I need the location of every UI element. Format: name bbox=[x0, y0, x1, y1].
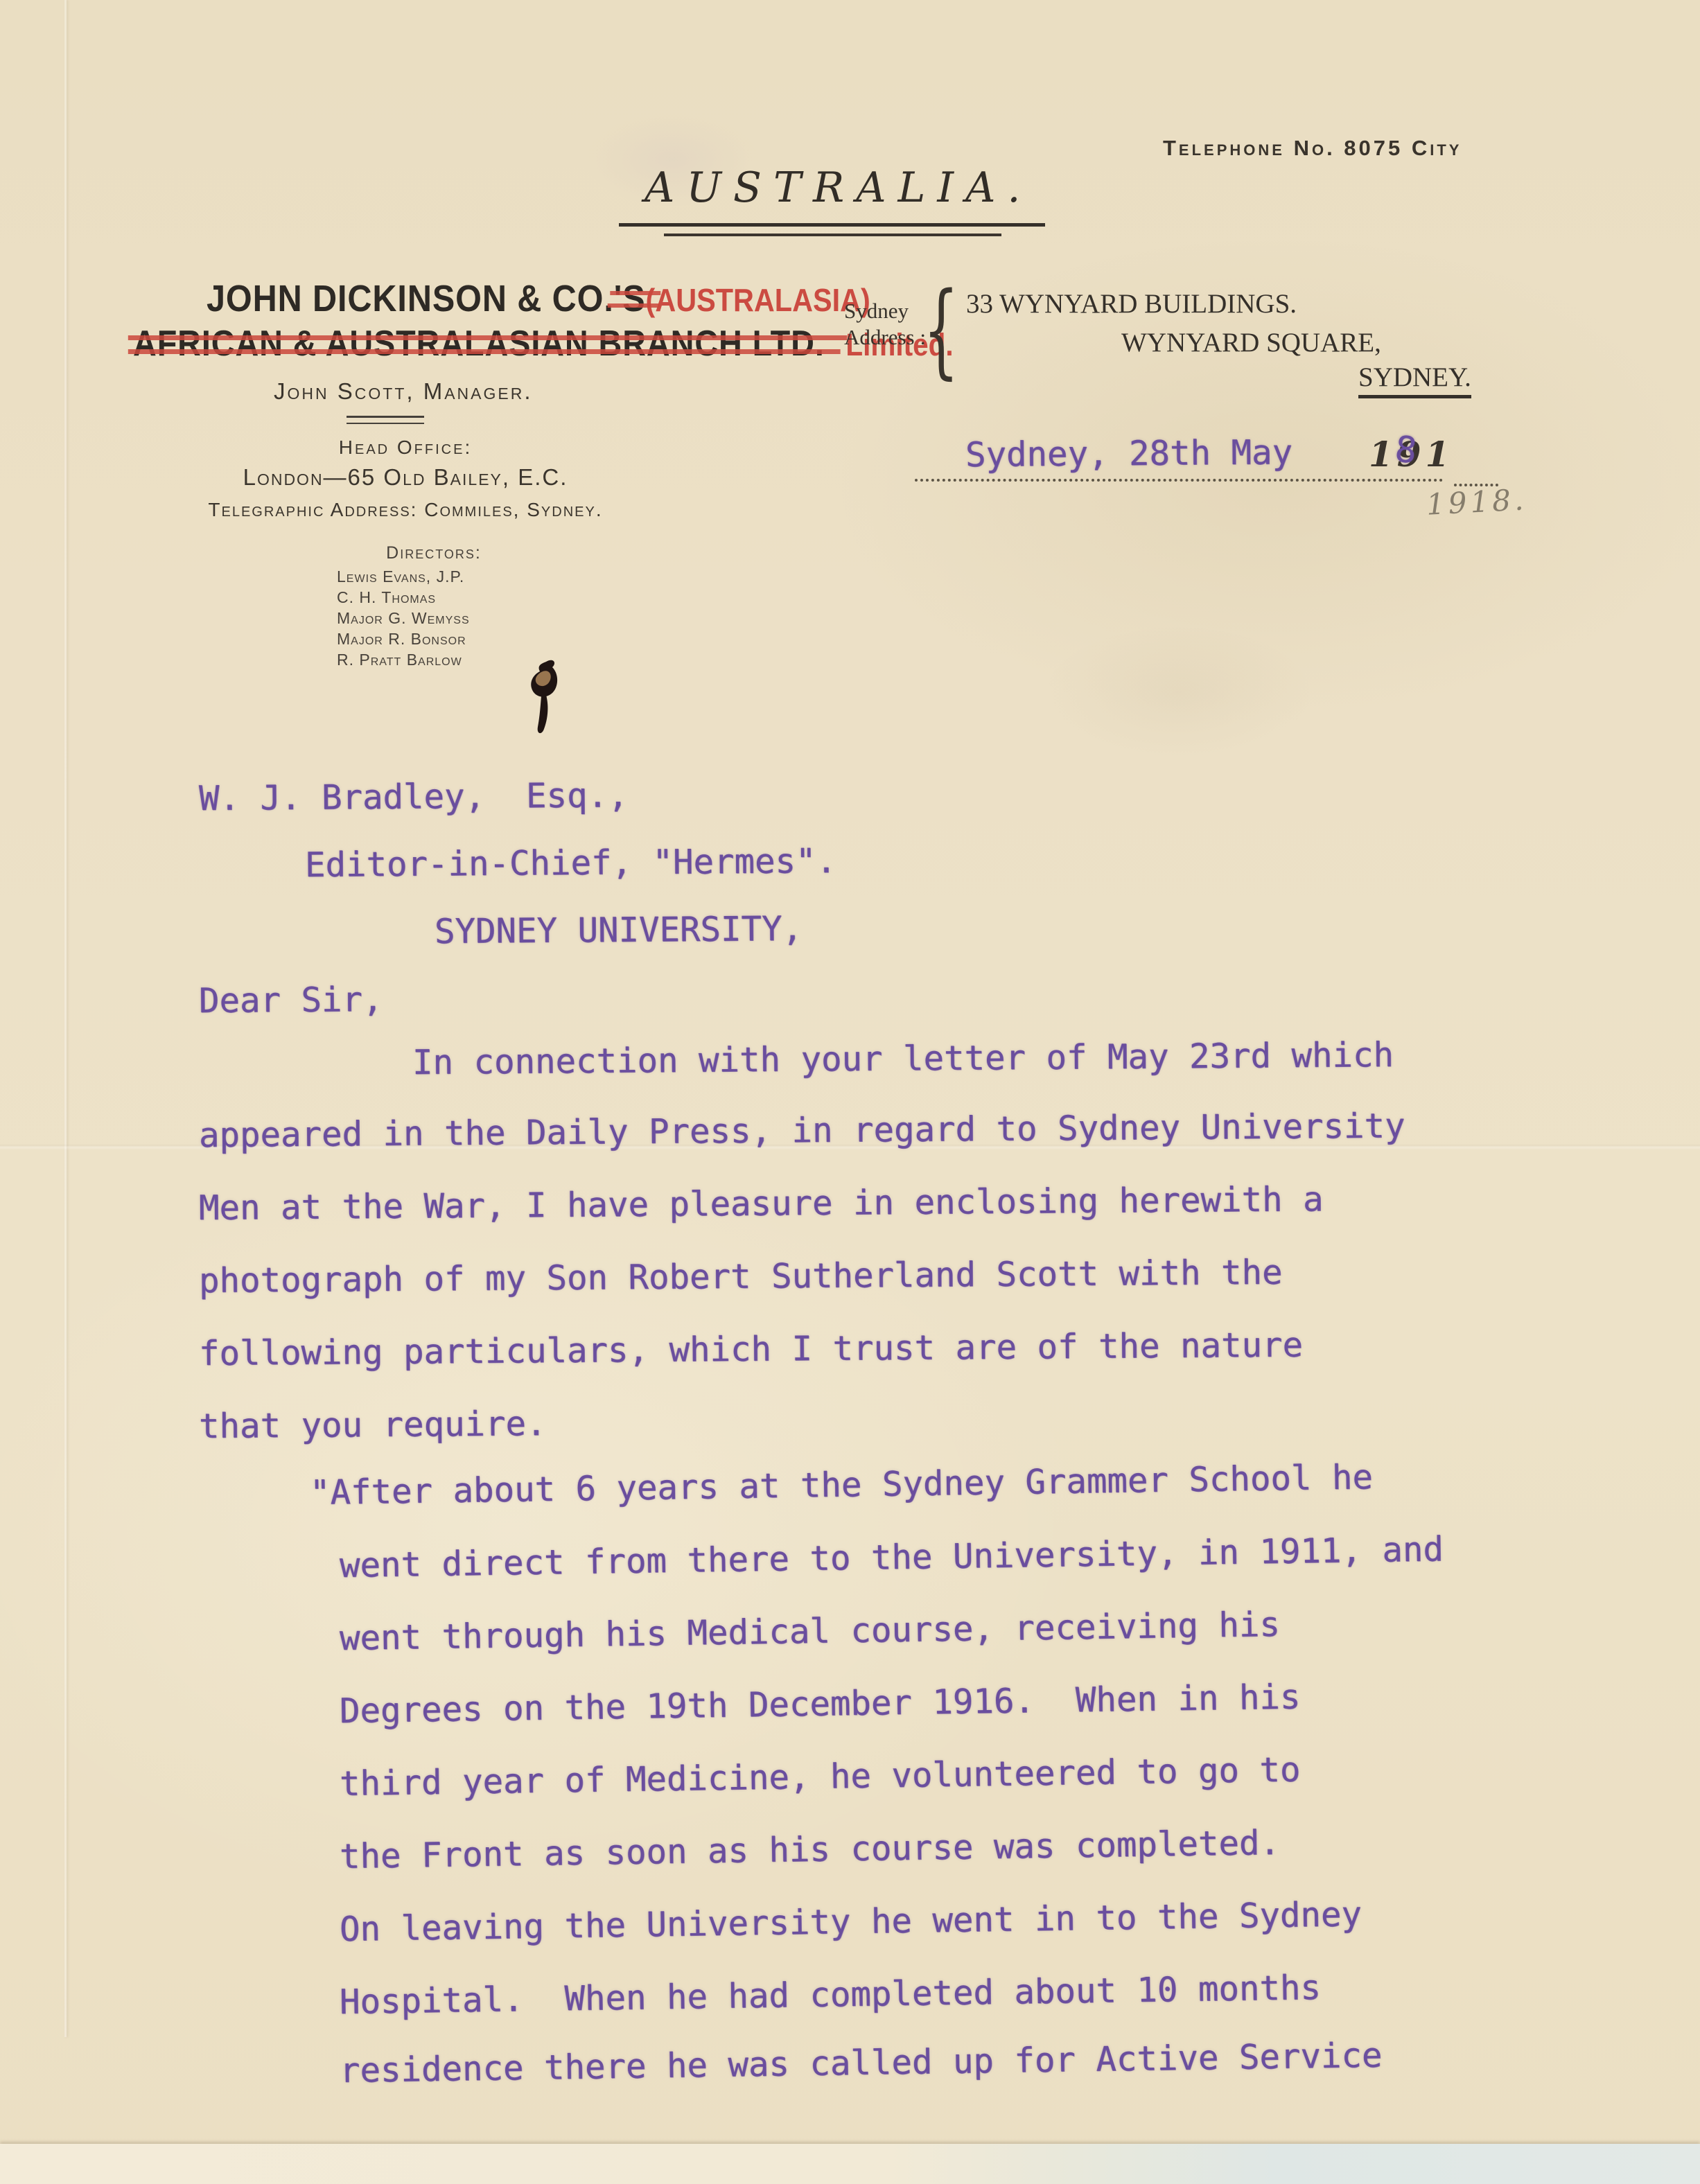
manager-rule bbox=[347, 416, 424, 424]
salutation: Dear Sir, bbox=[199, 980, 383, 1021]
pencil-year-note: 1918. bbox=[1426, 482, 1528, 522]
address-line-2: WYNYARD SQUARE, bbox=[1121, 327, 1381, 358]
quote-line: third year of Medicine, he volunteered t… bbox=[340, 1750, 1301, 1804]
quote-line: Degrees on the 19th December 1916. When … bbox=[340, 1677, 1301, 1731]
paper-stain bbox=[1040, 624, 1317, 762]
typed-date: Sydney, 28th May bbox=[965, 432, 1292, 475]
telegraphic-address: Telegraphic Address: Commiles, Sydney. bbox=[163, 499, 648, 521]
date-dotted-rule-end bbox=[1454, 452, 1498, 486]
directors-label: Directors: bbox=[337, 543, 531, 563]
branch-name-line: AFRICAN & AUSTRALASIAN BRANCH LTD.Limite… bbox=[133, 323, 954, 364]
address-brace: { bbox=[923, 279, 959, 381]
quote-line: Hospital. When he had completed about 10… bbox=[340, 1968, 1322, 2022]
sydney-address-label-line2: Address : bbox=[844, 324, 926, 351]
directors-block: Directors: Lewis Evans, J.P. C. H. Thoma… bbox=[337, 543, 579, 670]
company-name: JOHN DICKINSON & CO. bbox=[207, 278, 614, 319]
branch-name-struck: AFRICAN & AUSTRALASIAN BRANCH LTD. bbox=[133, 323, 825, 364]
body-line: that you require. bbox=[199, 1404, 547, 1446]
telephone-number: Telephone No. 8075 City bbox=[1163, 136, 1462, 161]
quote-line: went direct from there to the University… bbox=[340, 1529, 1444, 1585]
ink-blot-mark bbox=[518, 657, 568, 739]
scanned-letter-page: Telephone No. 8075 City AUSTRALIA. JOHN … bbox=[0, 0, 1700, 2184]
quote-line: residence there he was called up for Act… bbox=[340, 2036, 1383, 2090]
body-line: Men at the War, I have pleasure in enclo… bbox=[199, 1179, 1324, 1228]
body-line: In connection with your letter of May 23… bbox=[412, 1035, 1394, 1082]
country-heading: AUSTRALIA. bbox=[645, 164, 1032, 212]
quote-line: "After about 6 years at the Sydney Gramm… bbox=[310, 1457, 1374, 1513]
quote-line: the Front as soon as his course was comp… bbox=[340, 1823, 1281, 1876]
address-line-3: SYDNEY. bbox=[1358, 362, 1471, 398]
company-name-struck-suffix: 'S bbox=[614, 277, 646, 320]
director-name: Major R. Bonsor bbox=[337, 628, 579, 649]
director-name: Major G. Wemyss bbox=[337, 608, 579, 628]
head-office-label: Head Office: bbox=[163, 437, 648, 459]
recipient-line-1: W. J. Bradley, Esq., bbox=[199, 775, 629, 818]
recipient-line-2: Editor-in-Chief, "Hermes". bbox=[305, 841, 836, 885]
head-office-address: London—65 Old Bailey, E.C. bbox=[163, 464, 648, 491]
page-bottom-edge bbox=[0, 2144, 1700, 2184]
quote-line: On leaving the University he went in to … bbox=[340, 1894, 1362, 1949]
head-office-block: Head Office: London—65 Old Bailey, E.C. … bbox=[163, 437, 648, 521]
sydney-address-label: Sydney Address : bbox=[844, 298, 926, 351]
heading-underline bbox=[664, 234, 1001, 236]
company-name-line: JOHN DICKINSON & CO.'S(AUSTRALASIA) bbox=[207, 277, 870, 320]
manager-name: John Scott, Manager. bbox=[274, 378, 533, 405]
quote-line: went through his Medical course, receivi… bbox=[340, 1605, 1281, 1658]
body-line: following particulars, which I trust are… bbox=[199, 1325, 1303, 1373]
recipient-line-3: SYDNEY UNIVERSITY, bbox=[435, 909, 803, 951]
director-name: Lewis Evans, J.P. bbox=[337, 566, 579, 587]
heading-underline bbox=[619, 223, 1045, 227]
paper-left-crease bbox=[64, 0, 67, 2037]
sydney-address-label-line1: Sydney bbox=[844, 298, 926, 324]
director-name: C. H. Thomas bbox=[337, 587, 579, 608]
directors-list: Lewis Evans, J.P. C. H. Thomas Major G. … bbox=[337, 566, 579, 670]
typed-year-digit: 8 bbox=[1393, 429, 1419, 473]
company-name-red-overprint: (AUSTRALASIA) bbox=[646, 282, 870, 318]
body-line: photograph of my Son Robert Sutherland S… bbox=[199, 1253, 1283, 1301]
address-line-1: 33 WYNYARD BUILDINGS. bbox=[966, 288, 1297, 319]
